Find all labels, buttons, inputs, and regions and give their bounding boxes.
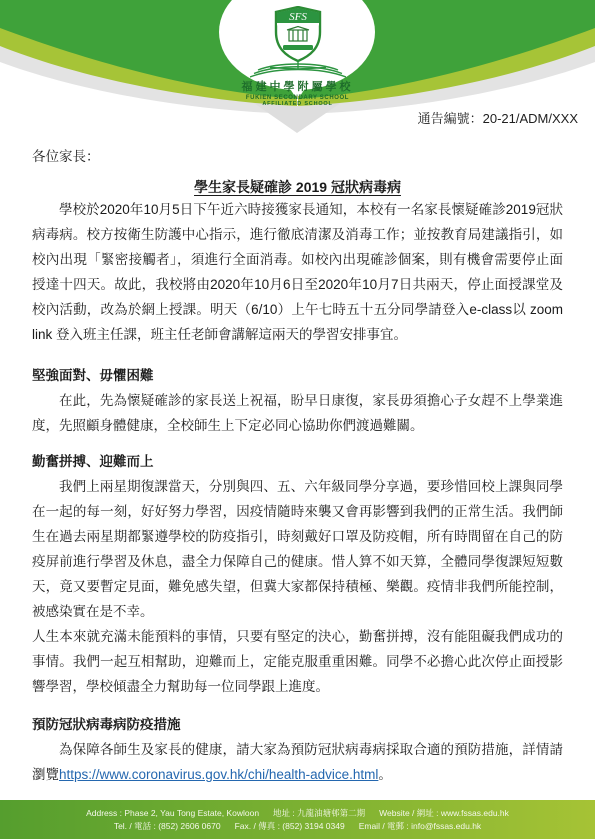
footer-tel: Tel. / 電話 : (852) 2606 0670: [114, 820, 221, 833]
salutation: 各位家長：: [32, 140, 563, 167]
footer-address-en: Address : Phase 2, Yau Tong Estate, Kowl…: [86, 807, 259, 820]
open-book-icon: [250, 58, 346, 80]
svg-text:SFS: SFS: [289, 11, 307, 23]
school-name-en-2: AFFILIATED SCHOOL: [0, 102, 595, 108]
letter-title: 學生家長疑確診 2019 冠狀病毒病: [32, 177, 563, 197]
school-name-zh: 福建中學附屬學校: [0, 82, 595, 93]
footer-address-zh: 地址 : 九龍油塘邨第二期: [273, 807, 365, 820]
paragraph-intro: 學校於2020年10月5日下午近六時接獲家長通知，本校有一名家長懷疑確診2019…: [32, 197, 563, 347]
footer-website: Website / 網址 : www.fssas.edu.hk: [379, 807, 509, 820]
footer-email: Email / 電郵 : info@fssas.edu.hk: [359, 820, 481, 833]
paragraph-blessing: 在此，先為懷疑確診的家長送上祝福，盼早日康復，家長毋須擔心子女趕不上學業進度，先…: [32, 388, 563, 438]
notice-number: 通告編號：20-21/ADM/XXX: [418, 108, 578, 127]
health-advice-link[interactable]: https://www.coronavirus.gov.hk/chi/healt…: [59, 767, 378, 782]
header-ribbon: SFS 福建中學附屬學校 FUKIEN SECONDARY SCHOOL AFF…: [0, 0, 595, 140]
paragraph-encouragement: 人生本來就充滿未能預料的事情，只要有堅定的決心，勤奮拼搏，沒有能阻礙我們成功的事…: [32, 624, 563, 699]
footer-bar: Address : Phase 2, Yau Tong Estate, Kowl…: [0, 800, 595, 839]
school-logo: SFS 福建中學附屬學校 FUKIEN SECONDARY SCHOOL AFF…: [0, 6, 595, 108]
paragraph-prevention: 為保障各師生及家長的健康，請大家為預防冠狀病毒病採取合適的預防措施，詳情請瀏覽h…: [32, 737, 563, 787]
footer-fax: Fax. / 傳真 : (852) 3194 0349: [235, 820, 345, 833]
section-heading-face-difficulties: 堅強面對、毋懼困難: [32, 363, 563, 388]
prevention-period: 。: [378, 767, 392, 782]
section-heading-work-hard: 勤奮拼搏、迎難而上: [32, 449, 563, 474]
letter-body: 各位家長： 學生家長疑確診 2019 冠狀病毒病 學校於2020年10月5日下午…: [32, 140, 563, 787]
section-heading-prevention: 預防冠狀病毒病防疫措施: [32, 712, 563, 737]
school-crest-icon: SFS: [273, 6, 323, 62]
paragraph-resumption: 我們上兩星期復課當天，分別與四、五、六年級同學分享過，要珍惜回校上課與同學在一起…: [32, 474, 563, 624]
